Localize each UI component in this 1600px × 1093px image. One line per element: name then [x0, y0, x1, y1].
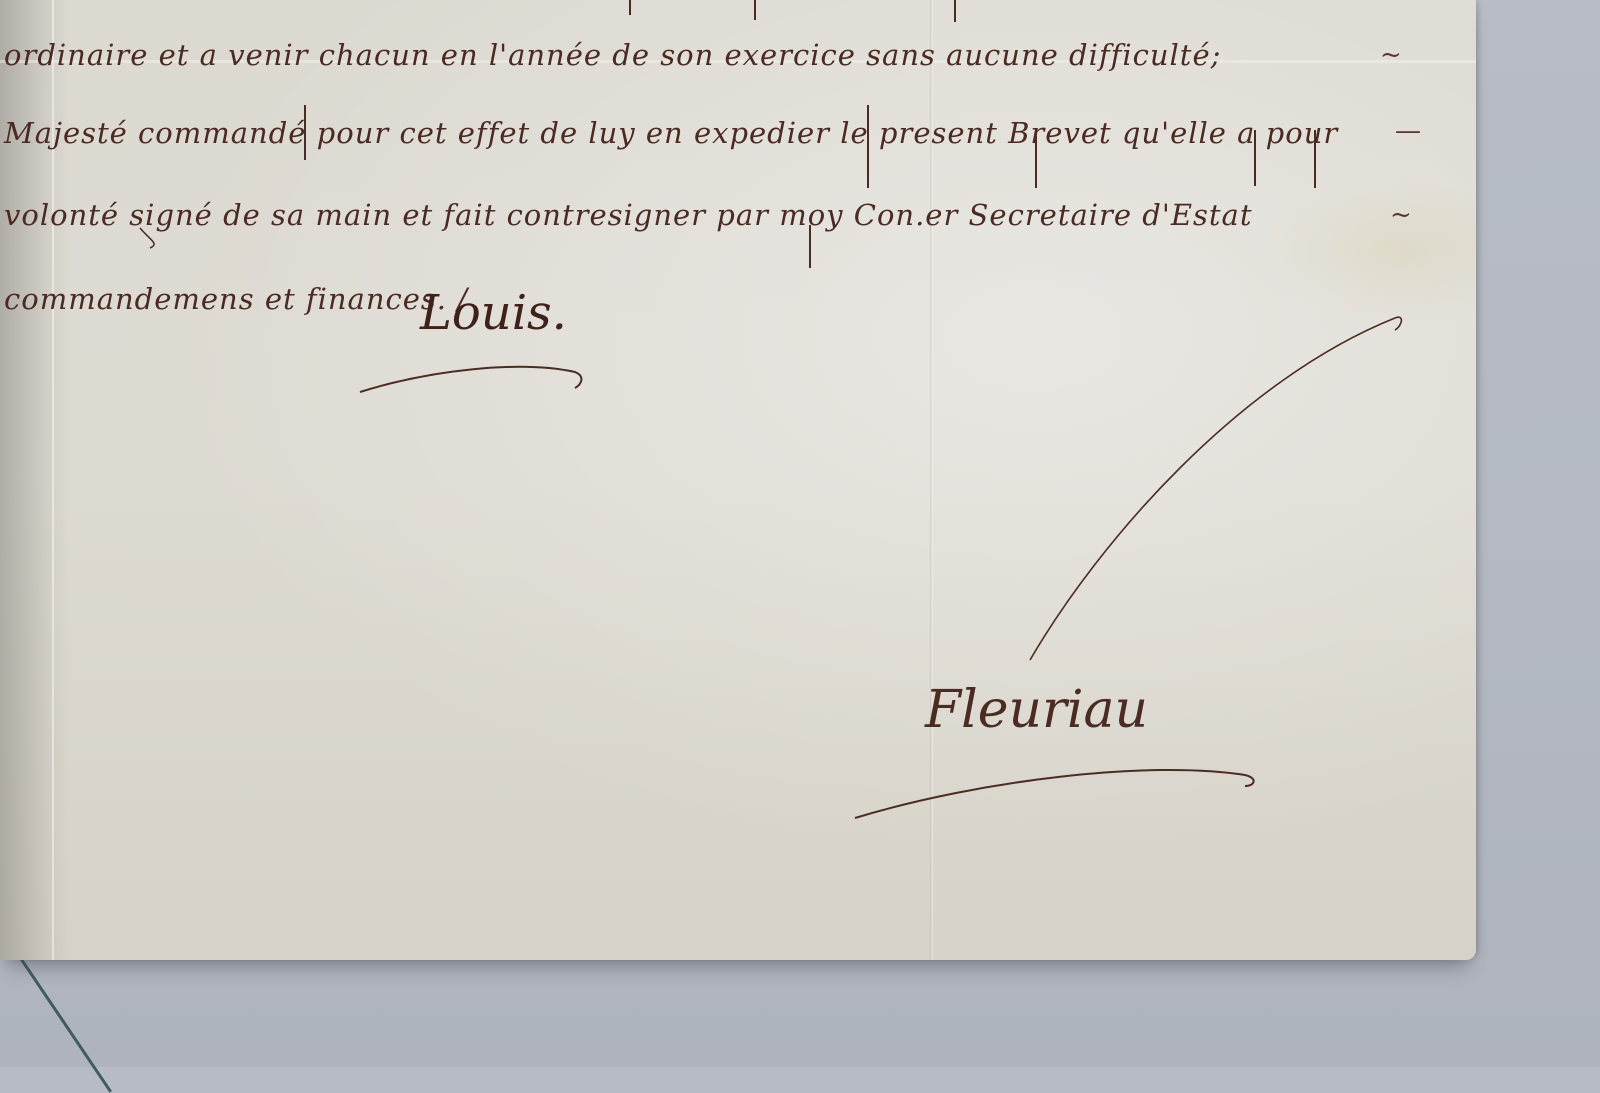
signature-fleuriau: Fleuriau [925, 680, 1148, 740]
line-filler-3: ~ [1390, 200, 1412, 230]
fleuriau-underline-flourish [855, 770, 1254, 818]
manuscript-line-3: volonté signé de sa main et fait contres… [4, 198, 1253, 232]
louis-underline-flourish [360, 367, 581, 392]
signature-louis: Louis. [420, 285, 567, 341]
line-filler-1: ~ [1380, 40, 1402, 70]
parchment-document: ordinaire et a venir chacun en l'année d… [0, 0, 1476, 960]
fleuriau-ascender-stroke [1030, 317, 1401, 660]
manuscript-line-4: commandemens et finances. / [4, 282, 468, 316]
manuscript-line-1: ordinaire et a venir chacun en l'année d… [4, 38, 1221, 72]
manuscript-line-2: Majesté commandé pour cet effet de luy e… [4, 116, 1338, 150]
line-filler-2: — [1395, 116, 1421, 146]
